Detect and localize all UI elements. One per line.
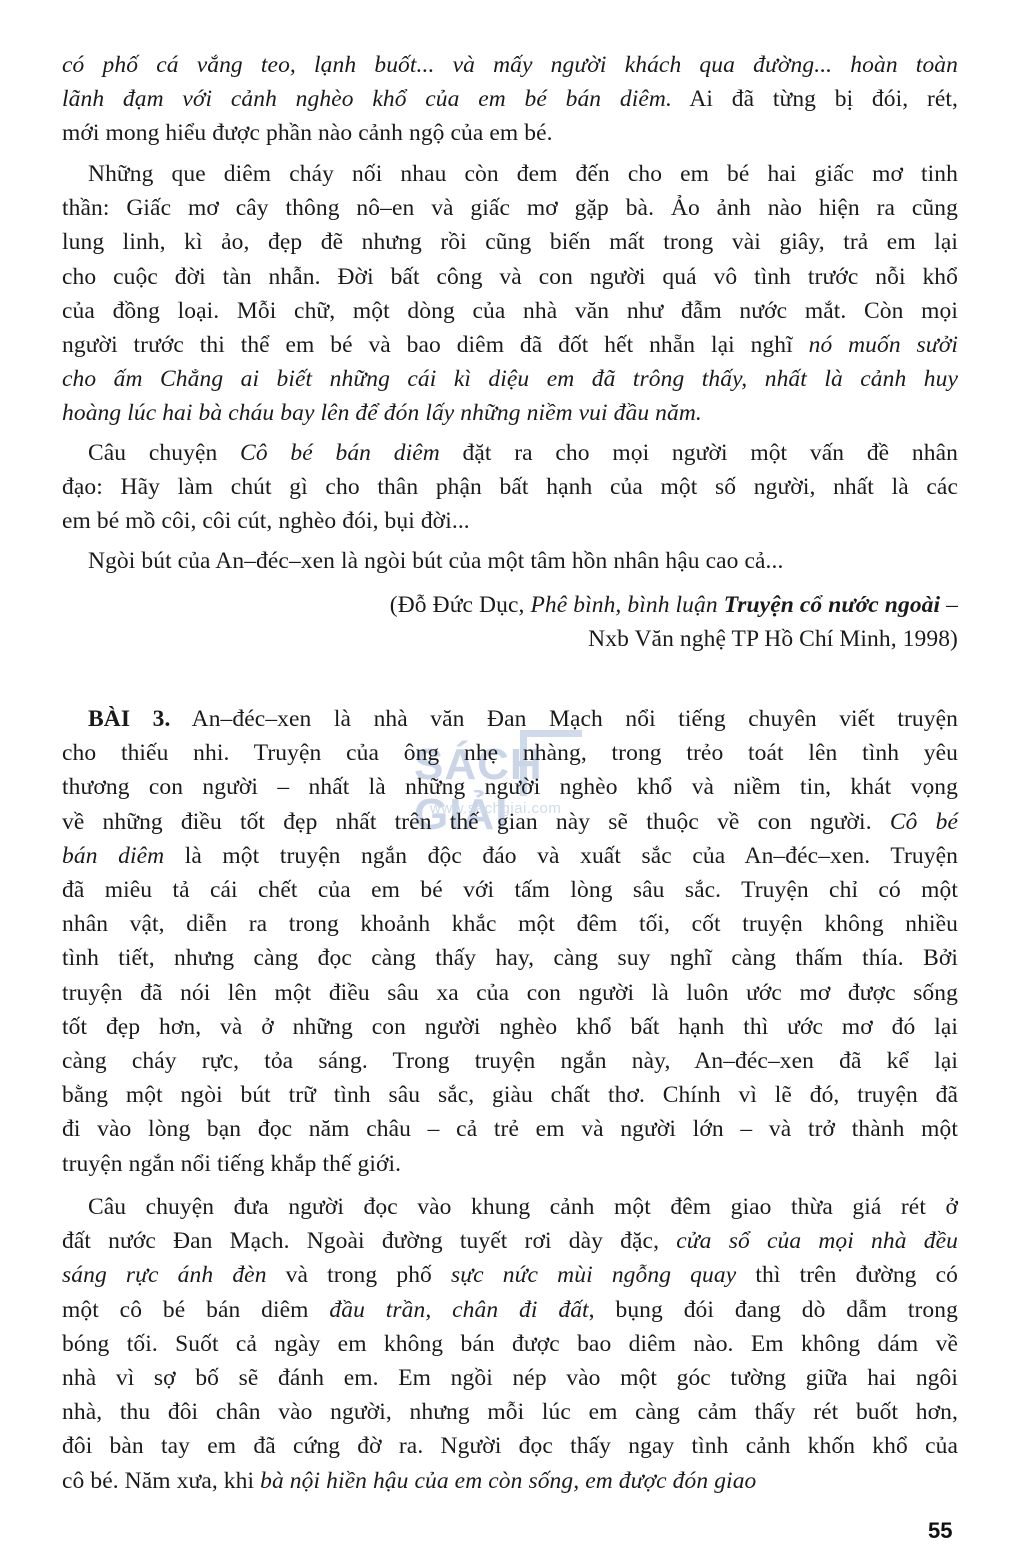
text-line: truyện đã nói lên một điều sâu xa của co… [62,976,958,1010]
text-line: lãnh đạm với cảnh nghèo khổ của em bé bá… [62,82,958,116]
text-segment: Câu chuyện đưa người đọc vào khung cảnh … [88,1194,958,1220]
text-segment: Ngòi bút của An–đéc–xen là ngòi bút của … [88,548,784,574]
text-line: nhà vì sợ bố sẽ đánh em. Em ngồi nép vào… [62,1361,958,1395]
text-segment: lung linh, kì ảo, đẹp đẽ nhưng rồi cũng … [62,229,958,255]
text-line: bằng một ngòi bút trữ tình sâu sắc, giàu… [62,1078,958,1112]
text-segment: người trước thi thể em bé và bao diêm đã… [62,332,809,358]
text-line: bán diêm là một truyện ngắn độc đáo và x… [62,839,958,873]
text-segment: cửa sổ của mọi nhà đều [676,1228,958,1254]
text-line: người trước thi thể em bé và bao diêm đã… [62,328,958,362]
text-segment: lãnh đạm với cảnh nghèo khổ của em bé bá… [62,86,672,112]
text-segment: – [940,592,958,618]
text-line: càng cháy rực, tỏa sáng. Trong truyện ng… [62,1044,958,1078]
text-segment: cho thiếu nhi. Truyện của ông nhẹ nhàng,… [62,740,958,766]
text-segment: đất nước Đan Mạch. Ngoài đường tuyết rơi… [62,1228,676,1254]
text-segment: một cô bé bán diêm [62,1297,329,1323]
document-page: SÁCH GIẢI www.sachgiai.com có phố cá vắn… [0,0,1024,1560]
text-segment: cho ấm Chẳng ai biết những cái kì diệu e… [62,366,958,392]
text-line: nhân vật, diễn ra trong khoảnh khắc một … [62,907,958,941]
text-segment: đã miêu tả cái chết của em bé với tấm lò… [62,877,958,903]
text-segment: thần: Giấc mơ cây thông nô–en và giấc mơ… [62,195,958,221]
text-segment: nhân vật, diễn ra trong khoảnh khắc một … [62,911,958,937]
text-segment: truyện đã nói lên một điều sâu xa của co… [62,980,958,1006]
text-segment: Phê bình, bình luận [530,592,723,618]
text-segment: càng cháy rực, tỏa sáng. Trong truyện ng… [62,1048,958,1074]
text-line: đạo: Hãy làm chút gì cho thân phận bất h… [62,470,958,504]
text-segment: tốt đẹp hơn, và ở những con người nghèo … [62,1014,958,1040]
text-line: thần: Giấc mơ cây thông nô–en và giấc mơ… [62,191,958,225]
text-segment: đầu trần, chân đi đất [329,1297,588,1323]
text-line: sáng rực ánh đèn và trong phố sực nức mù… [62,1258,958,1292]
text-line: cho cuộc đời tàn nhẫn. Đời bất công và c… [62,260,958,294]
text-segment: của đồng loại. Mỗi chữ, một dòng của nhà… [62,298,958,324]
text-line: truyện ngắn nổi tiếng khắp thế giới. [62,1147,958,1181]
text-line: Câu chuyện đưa người đọc vào khung cảnh … [88,1190,958,1224]
page-number: 55 [928,1518,952,1544]
text-line: đất nước Đan Mạch. Ngoài đường tuyết rơi… [62,1224,958,1258]
text-segment: và trong phố [267,1262,451,1288]
text-segment: có phố cá vắng teo, lạnh buốt... và mấy … [62,52,958,78]
text-segment: em bé mồ côi, côi cút, nghèo đói, bụi đờ… [62,508,470,534]
text-line: cho thiếu nhi. Truyện của ông nhẹ nhàng,… [62,736,958,770]
text-line: của đồng loại. Mỗi chữ, một dòng của nhà… [62,294,958,328]
text-segment: sáng rực ánh đèn [62,1262,267,1288]
text-segment: bà nội hiền hậu của em còn sống, em được… [260,1468,756,1494]
text-line: em bé mồ côi, côi cút, nghèo đói, bụi đờ… [62,504,958,538]
text-line: đi vào lòng bạn đọc năm châu – cả trẻ em… [62,1112,958,1146]
text-segment: Nxb Văn nghệ TP Hồ Chí Minh, 1998) [588,626,958,652]
text-segment: tình tiết, nhưng càng đọc càng thấy hay,… [62,945,958,971]
text-segment: Những que diêm cháy nối nhau còn đem đến… [88,161,958,187]
text-segment: bán diêm [62,843,164,869]
section-label: BÀI 3. [88,706,170,732]
text-segment: nó muốn sưởi [809,332,958,358]
text-segment: mới mong hiểu được phần nào cảnh ngộ của… [62,120,553,146]
text-line: đôi bàn tay em đã cứng đờ ra. Người đọc … [62,1429,958,1463]
text-line: Câu chuyện Cô bé bán diêm đặt ra cho mọi… [88,436,958,470]
text-segment: đặt ra cho mọi người một vấn đề nhân [440,440,958,466]
text-segment: là một truyện ngắn độc đáo và xuất sắc c… [164,843,958,869]
text-line: Những que diêm cháy nối nhau còn đem đến… [88,157,958,191]
text-line: hoàng lúc hai bà cháu bay lên để đón lấy… [62,396,958,430]
text-segment: Truyện cổ nước ngoài [724,592,940,618]
text-line: Ngòi bút của An–đéc–xen là ngòi bút của … [88,544,958,578]
text-line: về những điều tốt đẹp nhất trên thế gian… [62,805,958,839]
text-line: đã miêu tả cái chết của em bé với tấm lò… [62,873,958,907]
text-line: cho ấm Chẳng ai biết những cái kì diệu e… [62,362,958,396]
text-segment: cho cuộc đời tàn nhẫn. Đời bất công và c… [62,264,958,290]
citation-line: (Đỗ Đức Dục, Phê bình, bình luận Truyện … [62,588,958,622]
text-segment: đôi bàn tay em đã cứng đờ ra. Người đọc … [62,1433,958,1459]
text-segment: (Đỗ Đức Dục, [390,592,531,618]
text-segment: bằng một ngòi bút trữ tình sâu sắc, giàu… [62,1082,958,1108]
citation-line: Nxb Văn nghệ TP Hồ Chí Minh, 1998) [62,622,958,656]
text-segment: thương con người – nhất là những người n… [62,774,958,800]
text-line: tình tiết, nhưng càng đọc càng thấy hay,… [62,941,958,975]
text-segment: cô bé. Năm xưa, khi [62,1468,260,1494]
text-segment: về những điều tốt đẹp nhất trên thế gian… [62,809,890,835]
text-line: lung linh, kì ảo, đẹp đẽ nhưng rồi cũng … [62,225,958,259]
text-line: cô bé. Năm xưa, khi bà nội hiền hậu của … [62,1464,958,1498]
text-segment: An–đéc–xen là nhà văn Đan Mạch nổi tiếng… [170,706,958,732]
text-segment: nhà, thu đôi chân vào người, nhưng mỗi l… [62,1399,958,1425]
text-line: mới mong hiểu được phần nào cảnh ngộ của… [62,116,958,150]
text-segment: Ai đã từng bị đói, rét, [672,86,958,112]
text-segment: thì trên đường có [736,1262,958,1288]
text-line: bóng tối. Suốt cả ngày em không bán được… [62,1327,958,1361]
text-segment: truyện ngắn nổi tiếng khắp thế giới. [62,1151,401,1177]
text-segment: sực nức mùi ngỗng quay [451,1262,736,1288]
text-segment: hoàng lúc hai bà cháu bay lên để đón lấy… [62,400,702,426]
text-line: một cô bé bán diêm đầu trần, chân đi đất… [62,1293,958,1327]
text-segment: Cô bé [890,809,958,835]
text-line: nhà, thu đôi chân vào người, nhưng mỗi l… [62,1395,958,1429]
text-line: tốt đẹp hơn, và ở những con người nghèo … [62,1010,958,1044]
text-segment: nhà vì sợ bố sẽ đánh em. Em ngồi nép vào… [62,1365,958,1391]
text-line: có phố cá vắng teo, lạnh buốt... và mấy … [62,48,958,82]
text-line: BÀI 3. An–đéc–xen là nhà văn Đan Mạch nổ… [88,702,958,736]
text-segment: bóng tối. Suốt cả ngày em không bán được… [62,1331,958,1357]
text-segment: , bụng đói đang dò dẫm trong [589,1297,958,1323]
text-segment: Cô bé bán diêm [240,440,440,466]
text-segment: đạo: Hãy làm chút gì cho thân phận bất h… [62,474,958,500]
text-line: thương con người – nhất là những người n… [62,770,958,804]
text-segment: đi vào lòng bạn đọc năm châu – cả trẻ em… [62,1116,958,1142]
text-segment: Câu chuyện [88,440,240,466]
